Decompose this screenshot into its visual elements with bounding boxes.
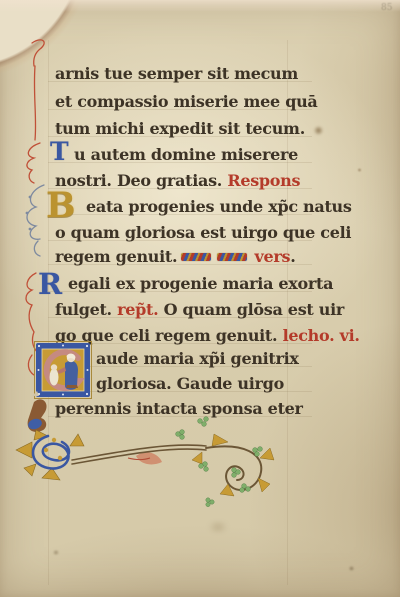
rubric-text: Respons (227, 171, 300, 190)
body-text: eata progenies unde xp̃c natus (86, 197, 352, 216)
text-line: arnis tue semper sit mecum (55, 64, 298, 84)
text-line: et compassio miserie mee quā (55, 92, 317, 112)
body-text: nostri. Deo gratias. (55, 171, 227, 190)
line-filler-ornament (217, 253, 247, 261)
folio-number: 85 (381, 3, 392, 13)
bargin-vine-decoration (8, 390, 298, 515)
body-text: tum michi expedit sit tecum. (55, 119, 305, 138)
text-line: regem genuit. vers. (55, 247, 296, 267)
text-line: aude maria xp̃i genitrix (96, 349, 299, 369)
rubric-text: rep̃t. (117, 300, 158, 319)
ink-stain (313, 126, 324, 135)
rubric-text: lecho. vi. (283, 326, 360, 345)
trefoil-leaves (176, 417, 263, 507)
manuscript-page-photo: 85 arnis tue semper sit mecumet compassi… (0, 0, 400, 597)
ink-stain (348, 566, 355, 571)
vine-stem (72, 445, 261, 490)
ink-stain (52, 550, 60, 555)
text-line: o quam gloriosa est uirgo que celi (55, 223, 351, 243)
marginal-grotesque-figure (27, 391, 47, 432)
body-text: o quam gloriosa est uirgo que celi (55, 223, 351, 242)
body-text: regem genuit. (55, 247, 177, 266)
body-text: fulget. (55, 300, 117, 319)
parchment-smudge (205, 522, 231, 532)
text-line: u autem domine miserere (74, 145, 298, 165)
line-filler-ornament (181, 253, 211, 261)
body-text: O quam glōsa est uir (158, 300, 344, 319)
body-text: et compassio miserie mee quā (55, 92, 317, 111)
text-line: fulget. rep̃t. O quam glōsa est uir (55, 300, 344, 320)
body-text: egali ex progenie maria exorta (68, 274, 333, 293)
ink-stain (357, 168, 362, 172)
soul-figure (50, 364, 59, 385)
interlace-knot (16, 430, 84, 480)
body-text: arnis tue semper sit mecum (55, 64, 298, 83)
text-line: go que celi regem genuit. lecho. vi. (55, 326, 360, 346)
text-line: eata progenies unde xp̃c natus (86, 197, 352, 217)
text-line: tum michi expedit sit tecum. (55, 119, 305, 139)
text-line: egali ex progenie maria exorta (68, 274, 333, 294)
text-line: nostri. Deo gratias. Respons (55, 171, 300, 191)
page-top-edge (0, 0, 400, 12)
body-text: . (290, 247, 295, 266)
body-text: aude maria xp̃i genitrix (96, 349, 299, 368)
body-text: u autem domine miserere (74, 145, 298, 164)
rubric-text: vers (249, 247, 290, 266)
